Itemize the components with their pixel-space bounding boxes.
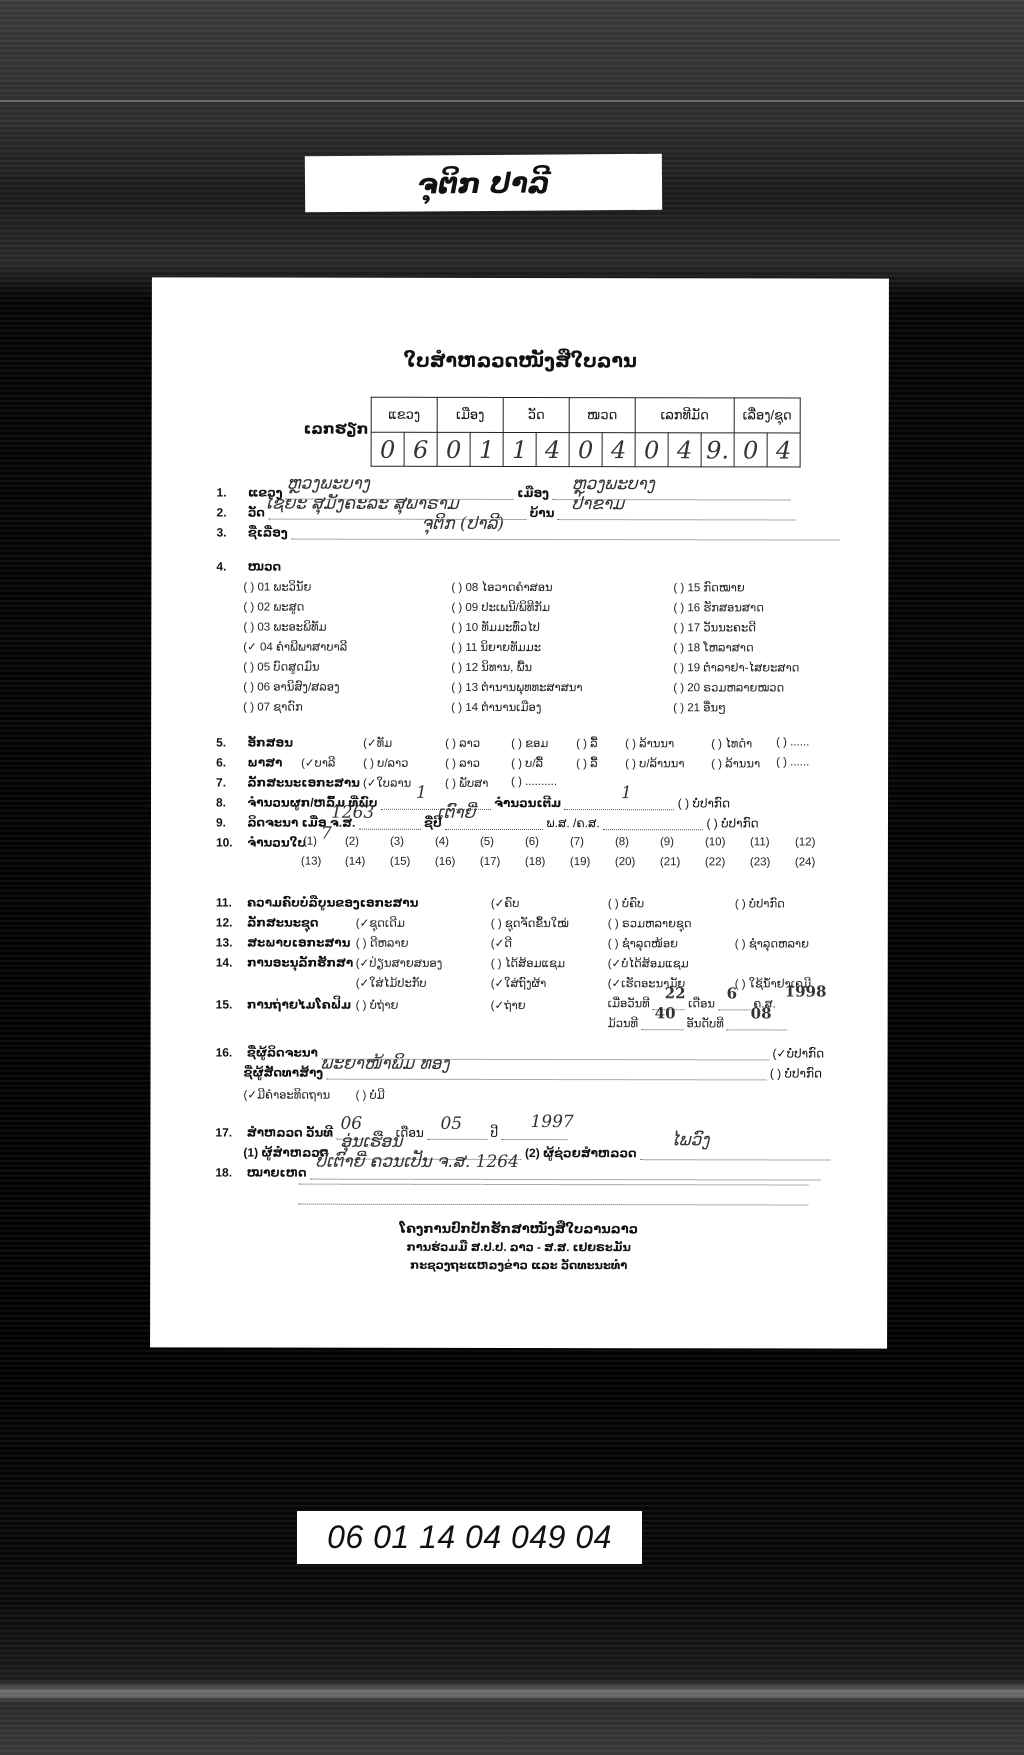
doctype-option[interactable]: ( ) ພັບສາ (445, 776, 488, 790)
inscription-year-value: 1263 (331, 803, 374, 823)
village-value: ປ່າຂາມ (572, 494, 625, 514)
script-option-lao[interactable]: ( ) ລາວ (445, 736, 480, 750)
set-type-option[interactable]: ( ) ຊຸດຈັດຂຶ້ນໃໝ່ (491, 916, 569, 930)
footer-project: ໂຄງການປົກປັກຮັກສາໜັງສືໃບລານລາວ (150, 1220, 887, 1237)
surveyor-value: ອຸ່ນເຮືອນ (340, 1132, 402, 1152)
field-language: 6. ພາສາ (216, 755, 282, 769)
script-option-taidam[interactable]: ( ) ໄທດຳ (711, 736, 752, 750)
code-digit: 4 (668, 433, 701, 467)
footer-cooperation: ການຮ່ວມມື ສ.ປ.ປ. ລາວ - ສ.ສ. ເຢຍຣະມັນ (150, 1239, 887, 1254)
remarks-line-2 (298, 1184, 808, 1186)
category-option[interactable]: ( ) 06 ອານິສົງ/ສລອງ (243, 680, 339, 694)
script-option-lue[interactable]: ( ) ລື້ (576, 736, 598, 750)
language-option[interactable]: ( ) ລ້ານນາ (711, 756, 760, 770)
field-conservation: 14. ການອະນຸລັກຮັກສາ (216, 955, 353, 969)
code-header: ໜວດ (569, 398, 635, 433)
district-label: ເມືອງ (517, 486, 549, 500)
assistant-value: ໄພວົງ (670, 1130, 709, 1150)
form-title: ໃບສຳຫລວດໜັງສືໃບລານ (152, 349, 889, 372)
microfilm-year-value: 1998 (785, 982, 827, 1000)
code-digit: 4 (767, 433, 800, 467)
catalog-number-text: 06 01 14 04 049 04 (327, 1519, 612, 1556)
category-option[interactable]: ( ) 07 ຊາດົກ (243, 700, 303, 714)
code-digit: 1 (503, 432, 536, 466)
code-header: ເລກທີມັດ (635, 398, 734, 433)
field-category: 4. ໜວດ (216, 559, 281, 573)
condition-option[interactable]: ( ) ຊຳລຸດໜ້ອຍ (608, 936, 678, 950)
code-digit: 0 (569, 433, 602, 467)
field-story-title: 3. ຊື່ເລື່ອງ (216, 525, 839, 540)
category-option[interactable]: ( ) 14 ຕຳນານເມືອງ (451, 700, 541, 714)
inscription-year-name-value: ເຕົາຍີ່ (437, 803, 475, 823)
code-digit: 0 (437, 432, 470, 466)
conservation-option[interactable]: ( ) ໄດ້ສ້ອມແຊມ (491, 956, 565, 970)
language-option[interactable]: (✓ບາລີ (301, 756, 335, 770)
temple-value: ໄຊຍະ ສຸມັງຄະລະ ສຸພາຣາມ (264, 494, 459, 514)
category-option[interactable]: ( ) 18 ໂຫລາສາດ (673, 640, 753, 654)
category-option[interactable]: ( ) 20 ຣວມຫລາຍໝວດ (673, 680, 784, 694)
code-digit: 4 (536, 433, 569, 467)
registration-label: ເລກຮຽກ (304, 420, 369, 438)
doctype-option[interactable]: (✓ໃບລານ (363, 776, 411, 790)
code-header: ເລື່ອງ/ຊຸດ (734, 398, 800, 433)
category-option[interactable]: ( ) 19 ຕຳລາຢາ-ໄສຍະສາດ (673, 660, 799, 674)
set-type-option[interactable]: ( ) ຣວມຫລາຍຊຸດ (608, 916, 692, 930)
script-option-other[interactable]: ( ) ...... (776, 736, 809, 748)
category-option[interactable]: ( ) 17 ວັນນະຄະດີ (673, 620, 756, 634)
category-option[interactable]: ( ) 01 ພະວິນັຍ (243, 580, 311, 594)
bundle-found-value: 1 (416, 783, 427, 803)
conservation-option[interactable]: (✓ປ່ຽນສາຍສນອງ (356, 956, 443, 970)
category-option[interactable]: ( ) 12 ນິທານ, ພື້ນ (451, 660, 532, 674)
language-option[interactable]: ( ) ບ/ລື້ (511, 756, 543, 770)
condition-option[interactable]: (✓ດີ (491, 936, 512, 950)
category-option[interactable]: ( ) 21 ອື່ນໆ (673, 700, 726, 714)
survey-form-sheet: ໃບສຳຫລວດໜັງສືໃບລານ ເລກຮຽກ ແຂວງ ເມືອງ ວັດ… (150, 277, 889, 1348)
category-option[interactable]: ( ) 09 ປະເພນີ/ພິທີກັມ (451, 600, 550, 614)
scan-artifact-band (0, 1690, 1024, 1698)
script-option-lanna[interactable]: ( ) ລ້ານນາ (625, 736, 674, 750)
district-value: ຫຼວງພະບາງ (572, 474, 655, 494)
code-digit: 0 (734, 433, 767, 467)
temple-label: ວັດ (248, 506, 265, 520)
script-option-khom[interactable]: ( ) ຂອມ (511, 736, 548, 750)
category-option[interactable]: ( ) 03 ພະອະພິທັມ (243, 620, 326, 634)
catalog-number-card: 06 01 14 04 049 04 (297, 1511, 642, 1564)
remarks-value: ປີເຕົາຍີ່ ຄວນເປັນ ຈ.ສ. 1264 (315, 1152, 519, 1172)
story-title-value: ຈຸຕິກ (ປາລີ) (421, 514, 504, 534)
field-condition: 13. ສະພາບເອກະສານ (216, 935, 351, 949)
code-digit: 0 (635, 433, 668, 467)
field-leaf-count: 10. ຈຳນວນໃບ (216, 835, 306, 849)
microfilm-month-value: 6 (727, 984, 737, 1002)
category-option[interactable]: ( ) 11 ນິຍາຍທັມມະ (451, 640, 541, 654)
language-option[interactable]: ( ) ບ/ລາວ (363, 756, 408, 770)
script-option-tham[interactable]: (✓ທັມ (363, 736, 392, 750)
category-label: ໜວດ (248, 560, 281, 574)
category-option[interactable]: ( ) 05 ບົດສູດມົນ (243, 660, 319, 674)
completeness-option[interactable]: ( ) ບໍ່ປາກົດ (735, 896, 785, 910)
category-option[interactable]: ( ) 13 ຕຳນານພຸທທະສາສນາ (451, 680, 582, 694)
category-option[interactable]: ( ) 15 ກົດໝາຍ (673, 580, 744, 594)
story-title-label: ຊື່ເລື່ອງ (248, 526, 288, 540)
microfilm-option[interactable]: (✓ຖ່າຍ (491, 998, 526, 1012)
microfilm-reel-value: 40 (655, 1004, 676, 1022)
prayer-option[interactable]: (✓ມີຄຳອະທິດຖານ (243, 1088, 330, 1102)
leaf-count-row-1: (1)(2)(3)(4)(5)(6)(7)(8)(9)(10)(11)(12) (303, 836, 835, 849)
code-digit: 6 (404, 432, 437, 466)
category-column-1 (152, 277, 889, 278)
field-inscription-date: 9. ລິດຈະນາ ເມື່ອ ຈ.ສ. ຊື່ປີ ພ.ສ. /ຄ.ສ. (… (216, 815, 759, 830)
scan-artifact-line (0, 100, 1024, 102)
condition-option[interactable]: ( ) ຊຳລຸດຫລາຍ (735, 936, 809, 950)
completeness-option[interactable]: ( ) ບໍ່ຄົບ (608, 896, 644, 910)
code-digit: 1 (470, 432, 503, 466)
field-scribe: 16. ຊື່ຜູ້ລິດຈະນາ (✓ບໍ່ປາກົດ (216, 1045, 825, 1060)
survey-year-value: 1997 (530, 1112, 573, 1132)
code-digit: 0 (371, 432, 404, 466)
microfilm-sequence-value: 08 (751, 1004, 772, 1022)
code-header: ເມືອງ (437, 397, 503, 432)
field-script: 5. ອັກສອນ (216, 735, 293, 749)
microfilm-day-value: 22 (665, 984, 686, 1002)
bundle-original-value: 1 (621, 783, 632, 803)
language-option[interactable]: ( ) ບ/ລ້ານນາ (625, 756, 684, 770)
code-header: ແຂວງ (371, 397, 437, 432)
prayer-option[interactable]: ( ) ບໍ່ມີ (355, 1088, 384, 1102)
condition-option[interactable]: ( ) ດີຫລາຍ (356, 936, 409, 950)
village-label: ບ້ານ (530, 506, 555, 520)
doctype-option[interactable]: ( ) .......... (511, 776, 557, 788)
conservation-option[interactable]: (✓ບໍ່ໄດ້ສ້ອມແຊມ (608, 956, 689, 970)
microfilm-option[interactable]: ( ) ບໍ່ຖ່າຍ (356, 998, 399, 1012)
code-digit: 9. (701, 433, 734, 467)
survey-month-value: 05 (440, 1114, 462, 1134)
remarks-line-3 (298, 1204, 808, 1206)
code-digit: 4 (602, 433, 635, 467)
field-document-type: 7. ລັກສະນະເອກະສານ (216, 775, 360, 789)
category-option[interactable]: ( ) 08 ໄອວາດຄຳສອນ (451, 580, 552, 594)
footer-ministry: ກະຊວງຖະແຫລງຂ່າວ ແລະ ວັດທະນະທຳ (150, 1257, 887, 1272)
completeness-option[interactable]: (✓ຄົບ (491, 896, 520, 910)
field-set-type: 12. ລັກສະນະຊຸດ (216, 915, 319, 929)
category-option[interactable]: ( ) 10 ທັມມະທົ່ວໄປ (451, 620, 540, 634)
set-type-option[interactable]: (✓ຊຸດເດີມ (356, 916, 405, 930)
language-option[interactable]: ( ) ...... (776, 756, 809, 768)
leaf-count-row-2: (13)(14)(15)(16)(17)(18)(19)(20)(21)(22)… (301, 856, 835, 869)
sponsor-value: ພະຍາໜ້າພິມ ທອງ (321, 1054, 450, 1074)
title-label-card: ຈຸຕິກ ປາລີ (305, 154, 662, 212)
conservation-option[interactable]: (✓ໃສ່ຖົງຜ້າ (491, 976, 547, 990)
language-option[interactable]: ( ) ລື້ (576, 756, 598, 770)
field-microfilm: 15. ການຖ່າຍໄມໂຄຟິມ (216, 997, 352, 1011)
category-option[interactable]: ( ) 02 ພະສູດ (243, 600, 304, 614)
province-value: ຫຼວງພະບາງ (287, 474, 370, 494)
conservation-option[interactable]: (✓ໃສ່ໄມ້ປະກັບ (356, 976, 427, 990)
title-label-text: ຈຸຕິກ ປາລີ (417, 166, 549, 200)
category-option-selected[interactable]: (✓ 04 ຄຳພີພາສາບາລີ (243, 640, 347, 654)
category-option[interactable]: ( ) 16 ຮັກສອນສາດ (673, 600, 764, 614)
code-header: ວັດ (503, 397, 569, 432)
language-option[interactable]: ( ) ລາວ (445, 756, 480, 770)
registration-code-table: ແຂວງ ເມືອງ ວັດ ໜວດ ເລກທີມັດ ເລື່ອງ/ຊຸດ 0… (371, 397, 801, 468)
field-completeness: 11. ຄວາມຄົບບໍ່ລືບູນຂອງເອກະສານ (216, 895, 419, 909)
